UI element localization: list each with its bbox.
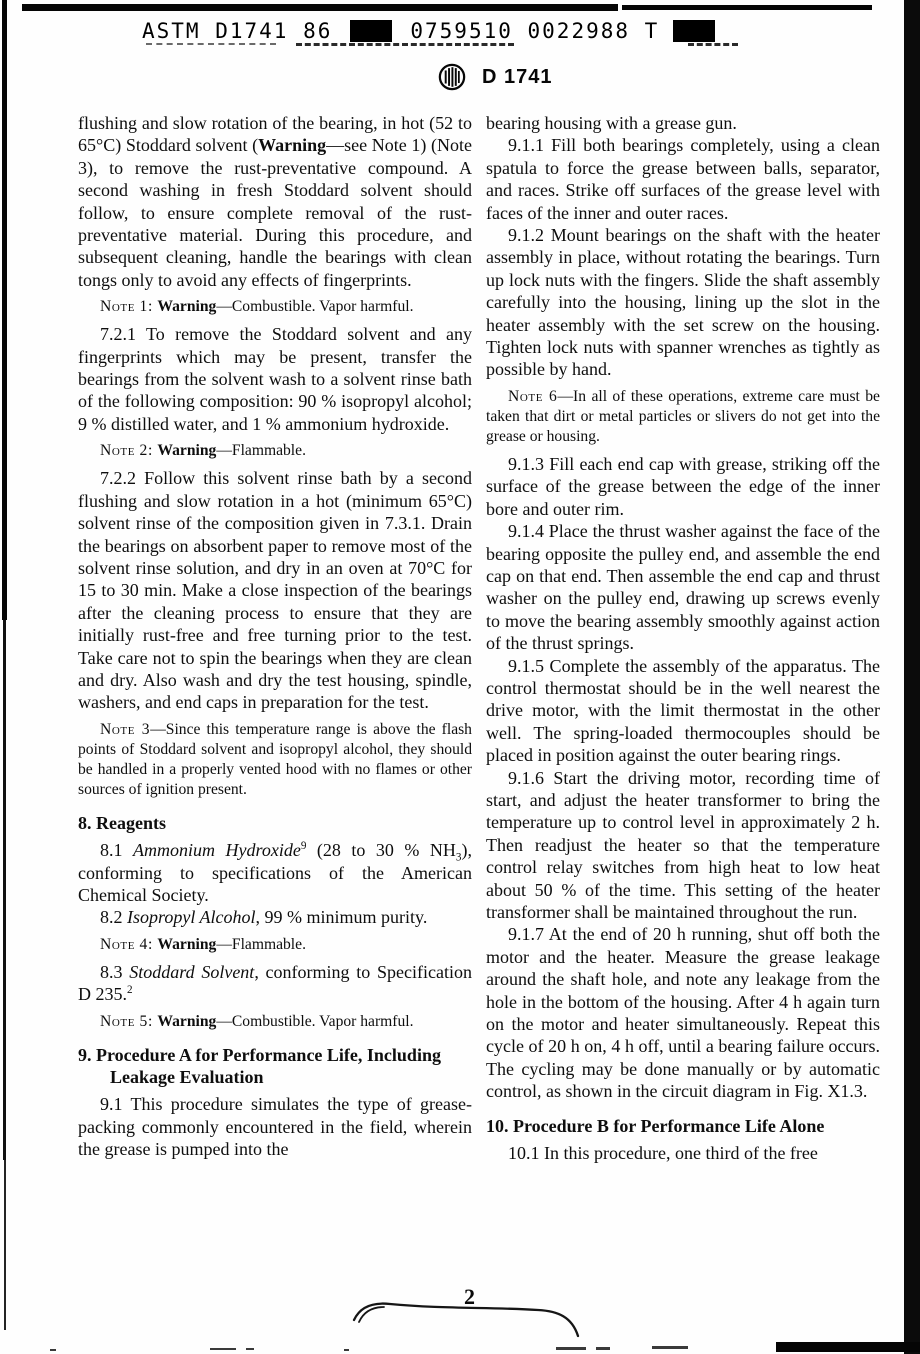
- handwritten-swoosh-mark: [340, 1290, 610, 1350]
- scan-dash-mark: [296, 43, 514, 46]
- para-9-1: 9.1 This procedure simulates the type of…: [78, 1093, 472, 1160]
- barcode-block-icon: [673, 20, 715, 42]
- left-column: flushing and slow rotation of the bearin…: [78, 112, 472, 1164]
- scan-speck: [556, 1347, 586, 1350]
- note-2: Note 2: Warning—Flammable.: [78, 441, 472, 461]
- doc-code: D 1741: [482, 66, 553, 89]
- heading-10-procedure-b: 10. Procedure B for Performance Life Alo…: [486, 1115, 880, 1137]
- para-8-1: 8.1 Ammonium Hydroxide9 (28 to 30 % NH3)…: [78, 839, 472, 906]
- para-7-continuation: flushing and slow rotation of the bearin…: [78, 112, 472, 291]
- note-5: Note 5: Warning—Combustible. Vapor harmf…: [78, 1012, 472, 1032]
- scan-bottom-rule: [776, 1342, 920, 1352]
- para-9-1-6: 9.1.6 Start the driving motor, recording…: [486, 767, 880, 924]
- astm-seal-icon: [438, 63, 466, 91]
- para-9-1-4: 9.1.4 Place the thrust washer against th…: [486, 520, 880, 654]
- scan-top-rule-right: [622, 5, 872, 10]
- barcode-block-icon: [350, 20, 392, 42]
- para-9-1-1: 9.1.1 Fill both bearings completely, usi…: [486, 134, 880, 224]
- para-7-2-1: 7.2.1 To remove the Stoddard solvent and…: [78, 323, 472, 435]
- heading-8-reagents: 8. Reagents: [78, 812, 472, 834]
- para-8-2: 8.2 Isopropyl Alcohol, 99 % minimum puri…: [78, 906, 472, 928]
- scan-speck: [652, 1346, 688, 1349]
- scan-speck: [246, 1348, 254, 1350]
- header-scan-line: ASTM D1741 86 0759510 0022988 T: [142, 19, 715, 43]
- right-column: bearing housing with a grease gun.9.1.1 …: [486, 112, 880, 1164]
- designation-line: D 1741: [438, 63, 553, 91]
- scan-edge-left: [2, 0, 7, 620]
- scan-edge-left-lower: [3, 620, 6, 1160]
- scan-edge-right: [904, 0, 920, 1354]
- note-1: Note 1: Warning—Combustible. Vapor harmf…: [78, 297, 472, 317]
- document-page: ASTM D1741 86 0759510 0022988 T D 1741 f…: [0, 0, 920, 1354]
- note-6: Note 6—In all of these operations, extre…: [486, 387, 880, 447]
- para-9-1-3: 9.1.3 Fill each end cap with grease, str…: [486, 453, 880, 520]
- scan-speck: [596, 1347, 610, 1350]
- scan-dash-mark: [146, 43, 276, 45]
- scan-speck: [50, 1349, 56, 1351]
- para-10-1: 10.1 In this procedure, one third of the…: [486, 1142, 880, 1164]
- para-8-3: 8.3 Stoddard Solvent, conforming to Spec…: [78, 961, 472, 1006]
- header-standard-number: ASTM D1741 86: [142, 19, 332, 43]
- note-4: Note 4: Warning—Flammable.: [78, 935, 472, 955]
- para-9-1-5: 9.1.5 Complete the assembly of the appar…: [486, 655, 880, 767]
- para-9-1-2: 9.1.2 Mount bearings on the shaft with t…: [486, 224, 880, 381]
- scan-speck: [344, 1349, 349, 1351]
- para-9-1-continuation: bearing housing with a grease gun.: [486, 112, 880, 134]
- scan-top-rule: [22, 4, 618, 11]
- scan-dash-mark: [688, 43, 738, 46]
- header-document-code: 0759510 0022988 T: [410, 19, 659, 43]
- scan-speck: [210, 1348, 236, 1350]
- two-column-text: flushing and slow rotation of the bearin…: [78, 112, 880, 1164]
- para-7-2-2: 7.2.2 Follow this solvent rinse bath by …: [78, 467, 472, 713]
- para-9-1-7: 9.1.7 At the end of 20 h running, shut o…: [486, 923, 880, 1102]
- heading-9-procedure-a: 9. Procedure A for Performance Life, Inc…: [78, 1044, 472, 1089]
- note-3: Note 3—Since this temperature range is a…: [78, 720, 472, 800]
- scan-edge-left-bottom: [4, 1160, 6, 1330]
